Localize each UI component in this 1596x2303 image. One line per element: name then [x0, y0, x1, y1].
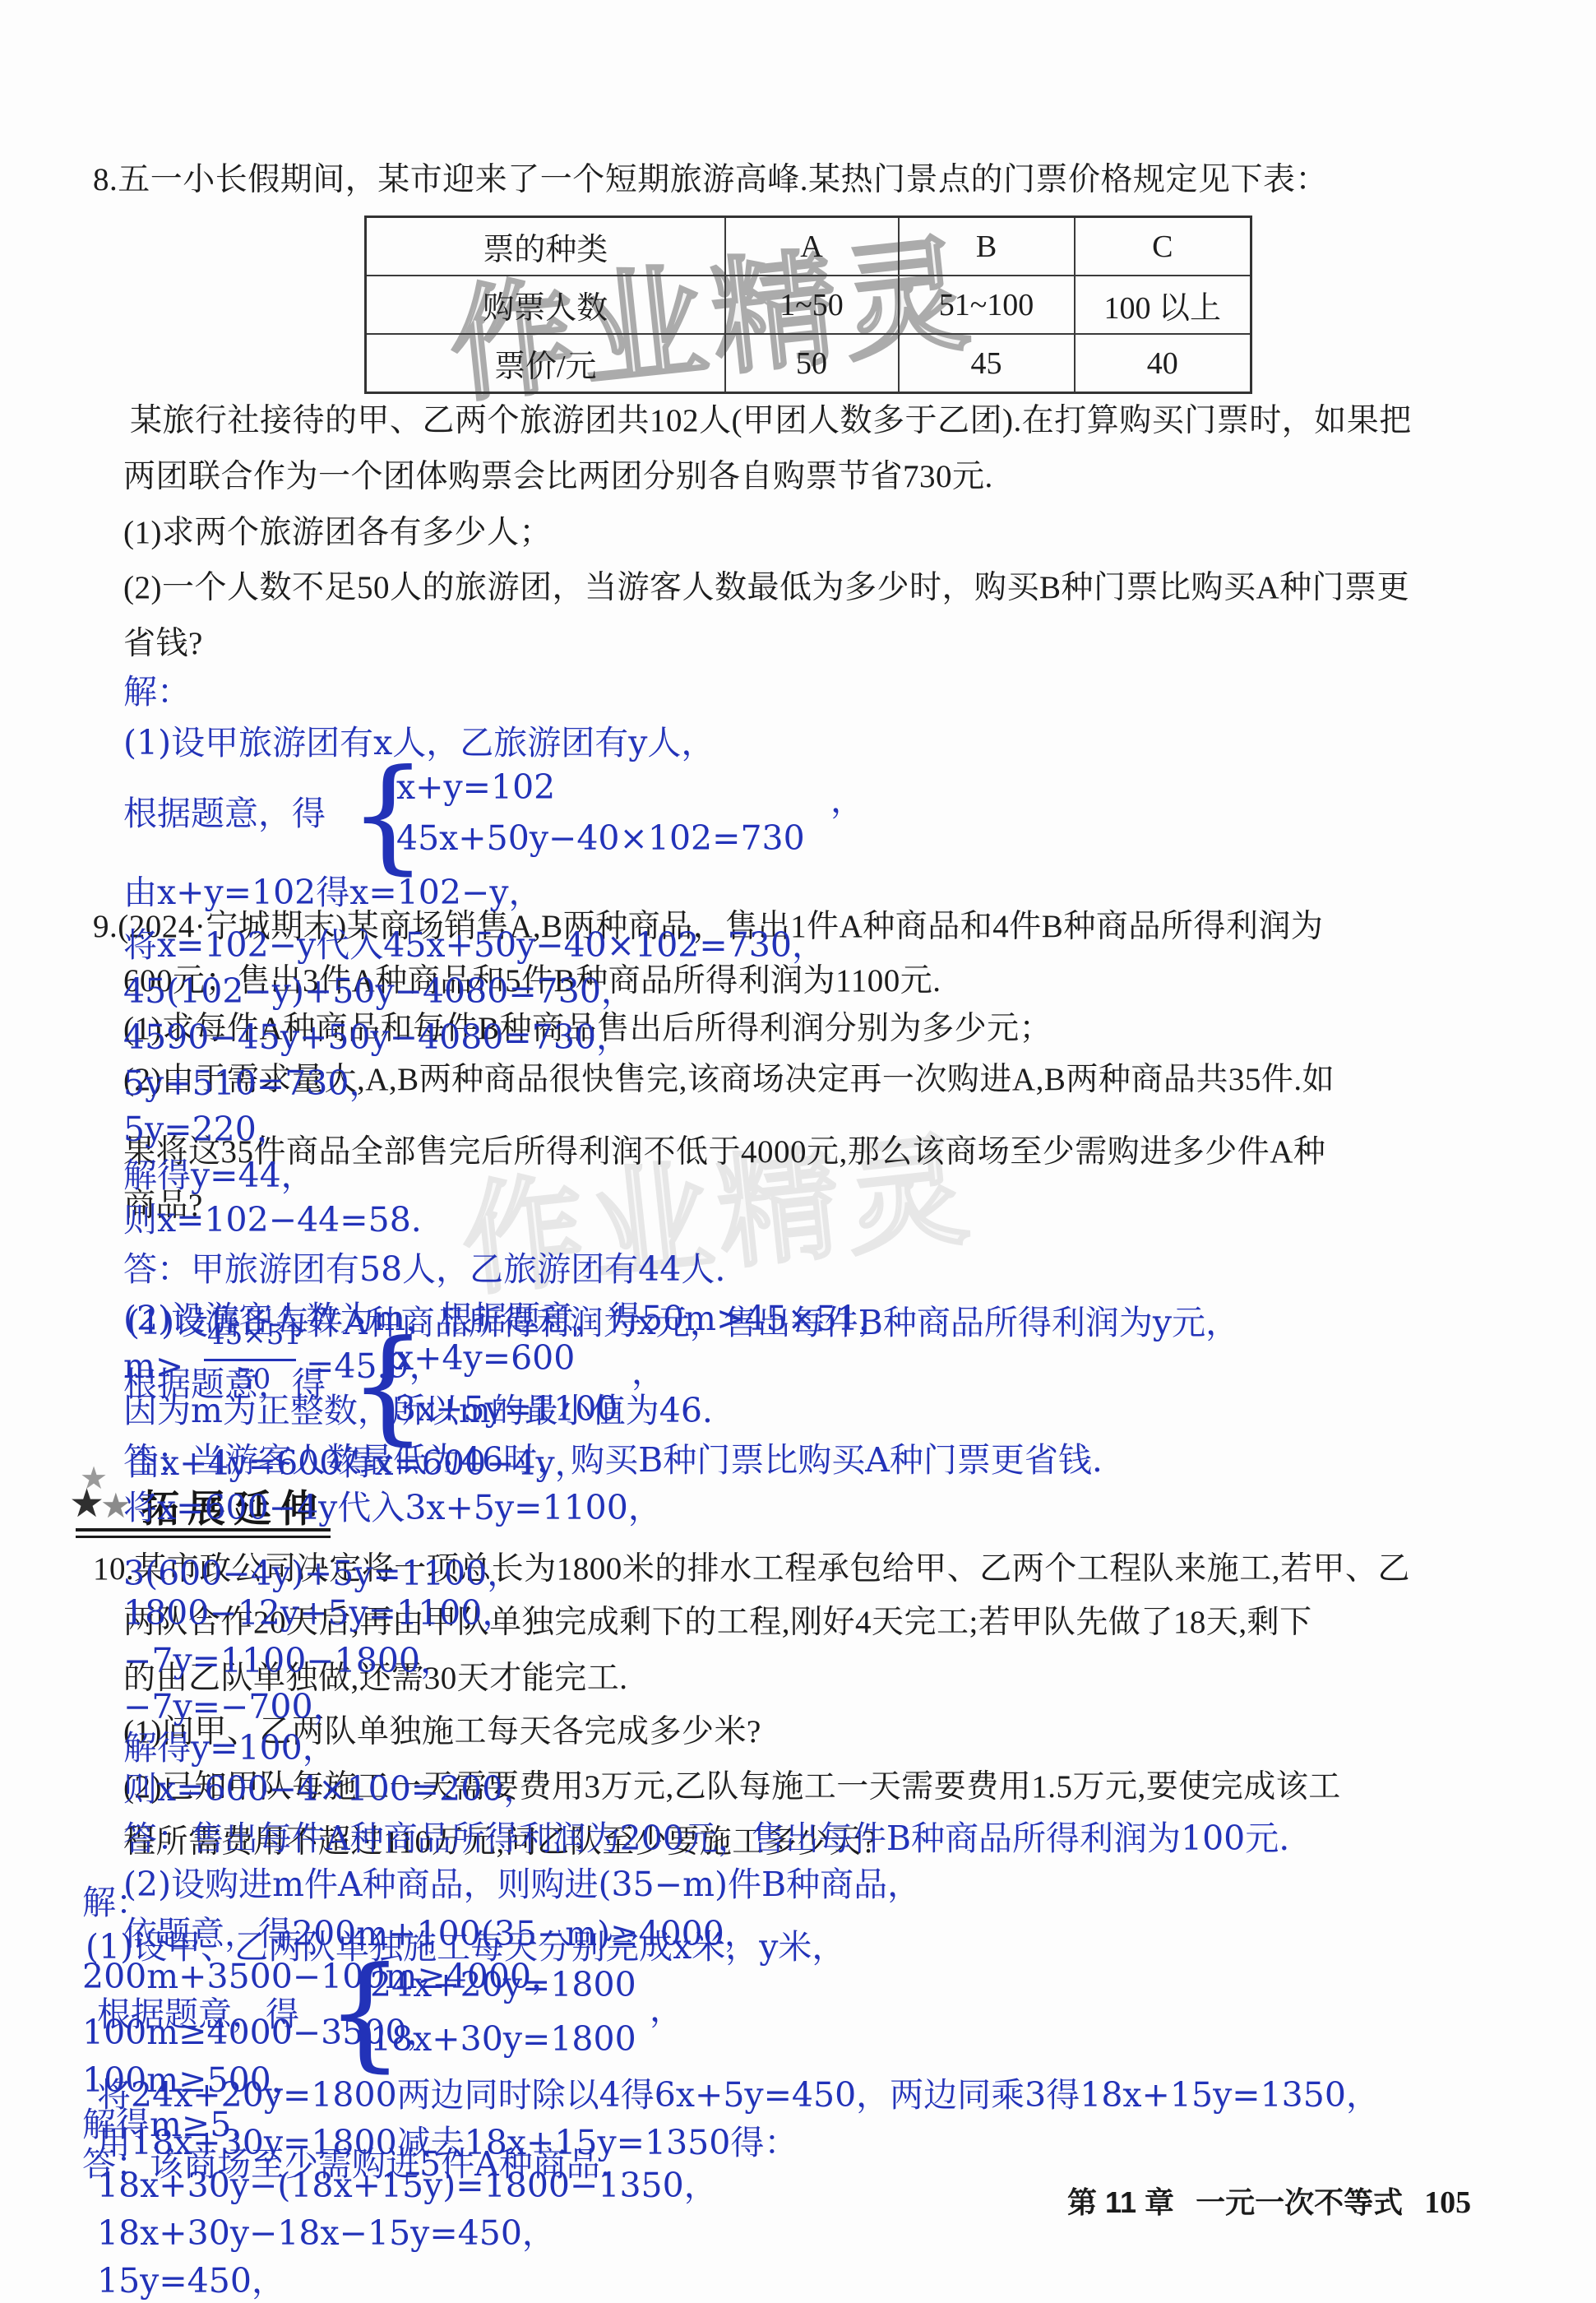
solution-10-text: 18x+30y−(18x+15y)=1800−1350，: [97, 2166, 718, 2205]
problem-8-text: 8.五一小长假期间，某市迎来了一个短期旅游高峰.某热门景点的门票价格规定见下表：: [93, 161, 1328, 200]
problem-8-text: 某旅行社接待的甲、乙两个旅游团共102人(甲团人数多于乙团).在打算购买门票时，…: [130, 402, 1412, 441]
solution-10-text: 根据题意，得: [97, 1995, 299, 2034]
chapter-title: 一元一次不等式: [1196, 2180, 1403, 2222]
solution-8-text: 则x=102−44=58.: [123, 1201, 422, 1240]
table-row: 购票人数 1~50 51~100 100 以上: [366, 276, 1251, 334]
table-cell: 购票人数: [366, 276, 725, 334]
solution-9-text: (2)设购进m件A种商品，则购进(35−m)件B种商品，: [123, 1865, 921, 1904]
solution-9-text: 由x+4y=600得x=600−4y，: [127, 1444, 589, 1483]
table-cell: A: [725, 217, 899, 276]
table-cell: 40: [1075, 334, 1251, 393]
table-cell: B: [899, 217, 1075, 276]
problem-8-text: 省钱?: [123, 625, 203, 664]
solution-10-text: 将24x+20y=1800两边同时除以4得6x+5y=450，两边同乘3得18x…: [97, 2076, 1380, 2115]
page-footer: 第 11 章 一元一次不等式 105: [1067, 2180, 1471, 2222]
table-cell: 51~100: [899, 276, 1075, 334]
solution-10-text: (1)设甲、乙两队单独施工每天分别完成x米，y米，: [86, 1928, 845, 1967]
solution-10-text: 15y=450，: [97, 2262, 285, 2301]
solution-10-text: 解：: [82, 1884, 150, 1922]
solution-9-text: x+4y=600: [395, 1339, 575, 1378]
textbook-page: 作业精灵 作业精灵 票的种类 A B C 购票人数 1~50 51~100 10…: [0, 0, 1596, 2303]
solution-9-text: 答：售出每件A种商品所得利润为200元，售出每件B种商品所得利润为100元.: [123, 1819, 1289, 1858]
solution-8-text: x+y=102: [396, 768, 555, 807]
solution-10-text: 18x+30y=1800: [370, 2020, 636, 2059]
table-row: 票价/元 50 45 40: [366, 334, 1251, 393]
solution-9-text: 3x+5y=1100: [395, 1390, 618, 1429]
solution-8-text: 4590−45y+50y−4080=730，: [123, 1018, 630, 1057]
solution-9-text: (1)设售出每件A种商品所得利润为x元，售出每件B种商品所得利润为y元，: [127, 1304, 1239, 1342]
solution-9-text: −7y=1100−1800，: [123, 1642, 454, 1680]
chapter-label: 第 11 章: [1067, 2180, 1174, 2222]
star-icon: ★: [100, 1489, 132, 1523]
table-row: 票的种类 A B C: [366, 217, 1251, 276]
solution-9-text: 则x=600−4×100=200，: [123, 1770, 537, 1809]
rule-line: [76, 1536, 331, 1538]
table-cell: 100 以上: [1075, 276, 1251, 334]
solution-9-text: −7y=−700，: [123, 1688, 347, 1726]
solution-9-text: ，: [631, 1353, 665, 1392]
solution-10-text: 用18x+30y=1800减去18x+15y=1350得：: [97, 2124, 798, 2162]
solution-8-text: 5y=220，: [123, 1110, 290, 1149]
solution-8-text: 解：: [123, 673, 191, 711]
solution-8-text: 由x+y=102得x=102−y，: [123, 873, 543, 912]
table-cell: 1~50: [725, 276, 899, 334]
solution-9-text: 解得y=100，: [123, 1729, 336, 1768]
solution-9-text: 根据题意，得: [123, 1365, 326, 1404]
solution-8-text: 45x+50y−40×102=730: [396, 819, 805, 858]
problem-8-text: (1)求两个旅游团各有多少人；: [123, 514, 552, 553]
solution-10-text: 24x+20y=1800: [370, 1966, 636, 2004]
ticket-price-table: 票的种类 A B C 购票人数 1~50 51~100 100 以上 票价/元 …: [364, 215, 1252, 394]
table-cell: C: [1075, 217, 1251, 276]
solution-8-text: 5y+510=730，: [123, 1064, 382, 1103]
table-cell: 50: [725, 334, 899, 393]
problem-8-text: (2)一个人数不足50人的旅游团，当游客人数最低为多少时，购买B种门票比购买A种…: [123, 569, 1409, 608]
solution-8-text: 将x=102−y代入45x+50y−40×102=730，: [123, 926, 826, 965]
solution-8-text: 答：甲旅游团有58人，乙旅游团有44人.: [123, 1250, 725, 1289]
rule-line: [76, 1528, 331, 1531]
solution-8-text: 45(102−y)+50y−4080=730，: [123, 972, 635, 1011]
page-number: 105: [1424, 2185, 1471, 2221]
solution-9-text: 3(600−4y)+5y=1100，: [123, 1555, 520, 1593]
solution-10-text: ，: [650, 1990, 683, 2029]
solution-8-text: ，: [830, 781, 864, 820]
solution-9-text: 将x=600−4y代入3x+5y=1100，: [123, 1489, 662, 1527]
solution-8-text: 解得y=44，: [123, 1156, 315, 1195]
star-icon: ★: [69, 1484, 104, 1523]
rule-line: [204, 1359, 296, 1361]
solution-10-text: 18x+30y−18x−15y=450，: [97, 2214, 556, 2253]
solution-9-text: 1800−12y+5y=1100，: [123, 1594, 516, 1633]
solution-8-text: 根据题意，得: [123, 795, 326, 833]
problem-8-text: 两团联合作为一个团体购票会比两团分别各自购票节省730元.: [123, 458, 993, 497]
table-cell: 票价/元: [366, 334, 725, 393]
table-cell: 45: [899, 334, 1075, 393]
table-cell: 票的种类: [366, 217, 725, 276]
